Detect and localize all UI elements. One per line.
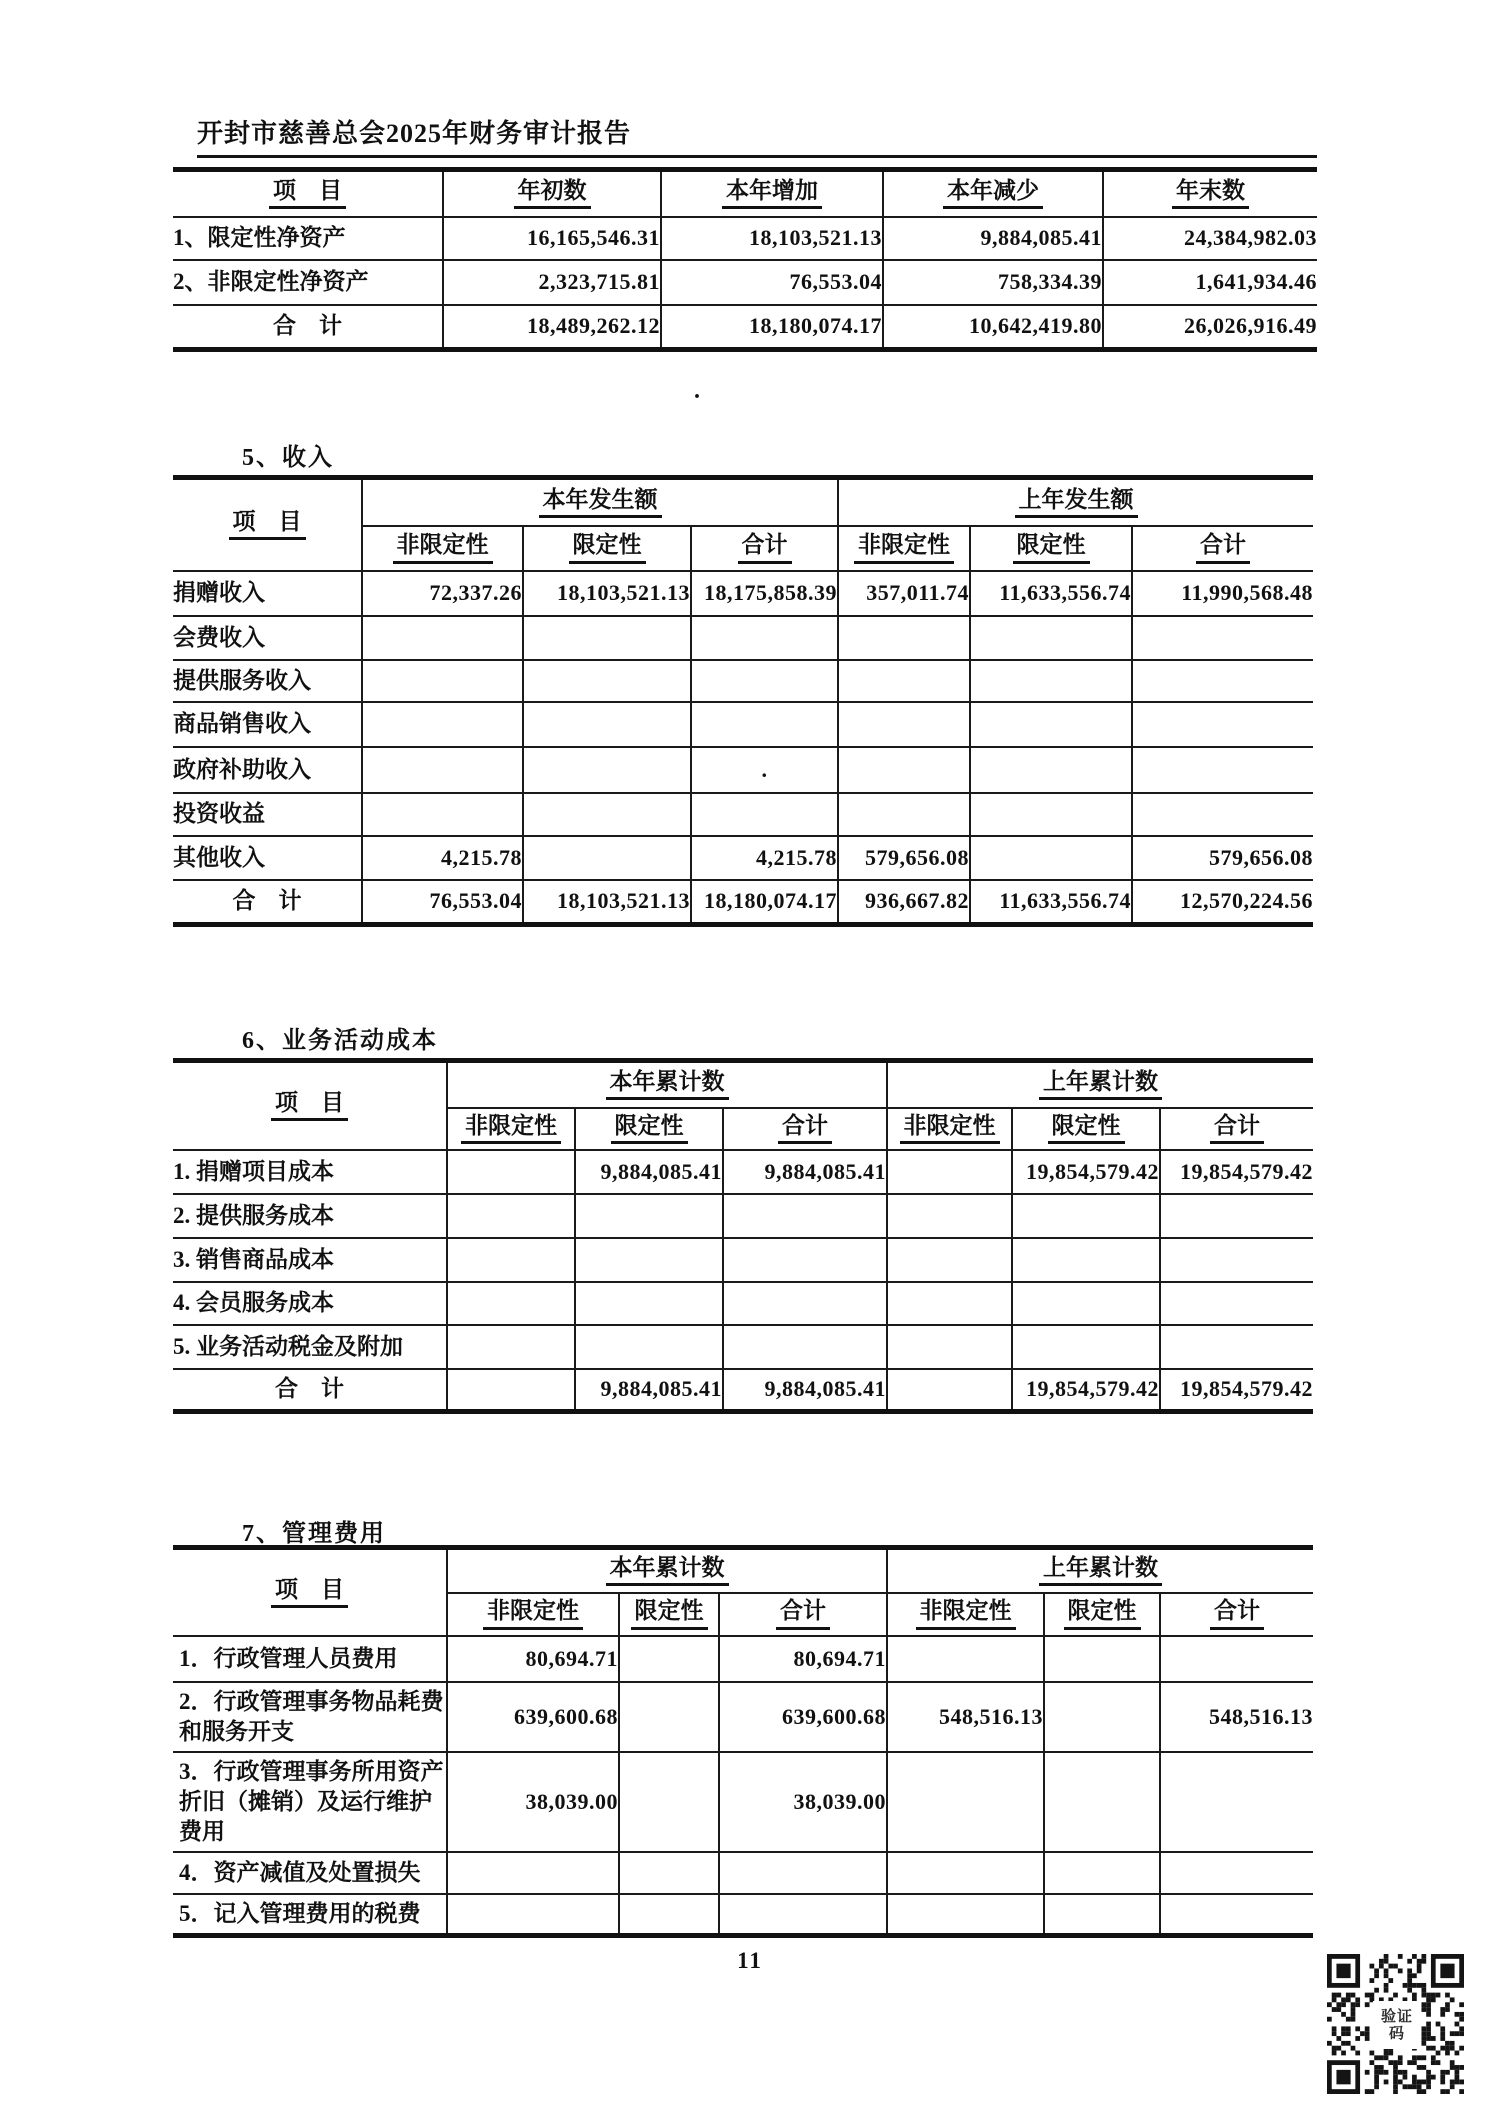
value-cell: [838, 660, 970, 702]
column-header-label: 年末数: [1172, 178, 1249, 209]
value-cell: 9,884,085.41: [883, 217, 1103, 260]
table-row: 2、非限定性净资产 2,323,715.81 76,553.04 758,334…: [173, 260, 1317, 305]
value-cell: [575, 1325, 723, 1369]
column-header-label: 限定性: [1064, 1598, 1141, 1629]
value-cell: [447, 1194, 575, 1238]
value-cell: [523, 793, 691, 836]
row-label-cell: 提供服务收入: [173, 660, 362, 702]
column-header-label: 合计: [738, 532, 792, 563]
group-header-label: 本年累计数: [606, 1555, 729, 1586]
value-cell: [970, 747, 1132, 793]
table-row: 5．记入管理费用的税费: [173, 1894, 1313, 1936]
table-row: 4．资产减值及处置损失: [173, 1852, 1313, 1894]
group-header-prior-year: 上年发生额: [838, 478, 1313, 526]
value-cell: [1160, 1194, 1313, 1238]
value-cell: [838, 747, 970, 793]
value-cell: 19,854,579.42: [1160, 1369, 1313, 1412]
value-cell: 639,600.68: [719, 1682, 887, 1752]
value-cell: [723, 1194, 887, 1238]
value-cell: [523, 836, 691, 880]
column-header: 限定性: [1012, 1108, 1160, 1150]
group-header-label: 上年累计数: [1039, 1555, 1162, 1586]
value-cell: [447, 1150, 575, 1194]
value-cell: 9,884,085.41: [575, 1150, 723, 1194]
table-row: 捐赠收入 72,337.26 18,103,521.13 18,175,858.…: [173, 571, 1313, 616]
group-header-prior-year: 上年累计数: [887, 1061, 1313, 1108]
row-label-cell: 其他收入: [173, 836, 362, 880]
value-cell: [1160, 1282, 1313, 1325]
value-cell: [619, 1682, 719, 1752]
column-header: 限定性: [523, 526, 691, 571]
column-header: 年初数: [443, 170, 661, 217]
column-header: 限定性: [619, 1593, 719, 1636]
group-header-row: 项 目 本年累计数 上年累计数: [173, 1548, 1313, 1593]
value-cell: 76,553.04: [661, 260, 883, 305]
column-header-label: 非限定性: [854, 532, 954, 563]
column-header: 项 目: [173, 170, 443, 217]
row-label-cell: 1. 捐赠项目成本: [173, 1150, 447, 1194]
value-cell: [1044, 1894, 1160, 1936]
column-header-label: 限定性: [1013, 532, 1090, 563]
value-cell: [1160, 1325, 1313, 1369]
value-cell: [719, 1894, 887, 1936]
column-header-label: 项 目: [271, 1577, 348, 1608]
column-header: 非限定性: [887, 1593, 1044, 1636]
value-cell: [970, 616, 1132, 660]
value-cell: 11,990,568.48: [1132, 571, 1313, 616]
column-header: 限定性: [1044, 1593, 1160, 1636]
value-cell: [362, 747, 523, 793]
row-label-cell: 4. 会员服务成本: [173, 1282, 447, 1325]
row-label-cell: 合 计: [173, 880, 362, 925]
value-cell: 12,570,224.56: [1132, 880, 1313, 925]
value-cell: [838, 793, 970, 836]
group-header-label: 上年发生额: [1015, 487, 1138, 518]
value-cell: 10,642,419.80: [883, 305, 1103, 350]
value-cell: [447, 1852, 619, 1894]
column-header: 合计: [1160, 1108, 1313, 1150]
column-header: 非限定性: [362, 526, 523, 571]
value-cell: [887, 1894, 1044, 1936]
item-column-header: 项 目: [173, 478, 362, 571]
scan-artifact-dot: .: [694, 378, 700, 405]
value-cell: [691, 793, 838, 836]
table-row: 提供服务收入: [173, 660, 1313, 702]
value-cell: [1132, 793, 1313, 836]
value-cell: 18,103,521.13: [523, 880, 691, 925]
column-header-label: 合计: [1210, 1598, 1264, 1629]
section-heading-admin: 7、管理费用: [242, 1513, 386, 1548]
value-cell: 4,215.78: [362, 836, 523, 880]
value-cell: [723, 1282, 887, 1325]
value-cell: 38,039.00: [447, 1752, 619, 1852]
table-row: 1. 捐赠项目成本 9,884,085.41 9,884,085.41 19,8…: [173, 1150, 1313, 1194]
value-cell: [523, 616, 691, 660]
column-header-label: 项 目: [271, 1090, 348, 1121]
row-label-cell: 政府补助收入: [173, 747, 362, 793]
value-cell: 18,103,521.13: [523, 571, 691, 616]
row-label-cell: 3．行政管理事务所用资产折旧（摊销）及运行维护费用: [173, 1752, 447, 1852]
total-row: 合 计 9,884,085.41 9,884,085.41 19,854,579…: [173, 1369, 1313, 1412]
column-header: 合计: [723, 1108, 887, 1150]
value-cell: 18,180,074.17: [661, 305, 883, 350]
column-header-label: 合计: [1210, 1113, 1264, 1144]
group-header-prior-year: 上年累计数: [887, 1548, 1313, 1593]
value-cell: [619, 1852, 719, 1894]
table-row: 2. 提供服务成本: [173, 1194, 1313, 1238]
table-row: 1．行政管理人员费用 80,694.71 80,694.71: [173, 1636, 1313, 1682]
value-cell: 9,884,085.41: [723, 1150, 887, 1194]
row-label-cell: 5. 业务活动税金及附加: [173, 1325, 447, 1369]
row-label-cell: 2．行政管理事务物品耗费和服务开支: [173, 1682, 447, 1752]
value-cell: 26,026,916.49: [1103, 305, 1317, 350]
group-header-label: 本年累计数: [606, 1069, 729, 1100]
value-cell: 80,694.71: [719, 1636, 887, 1682]
row-label-cell: 2. 提供服务成本: [173, 1194, 447, 1238]
value-cell: 758,334.39: [883, 260, 1103, 305]
column-header: 本年增加: [661, 170, 883, 217]
value-cell: 24,384,982.03: [1103, 217, 1317, 260]
net-assets-table: 项 目 年初数 本年增加 本年减少 年末数 1、限定性净资产 16,165,54…: [173, 167, 1317, 352]
value-cell: [691, 660, 838, 702]
column-header-label: 非限定性: [461, 1113, 561, 1144]
row-label-cell: 合 计: [173, 1369, 447, 1412]
column-header: 非限定性: [447, 1593, 619, 1636]
value-cell: [447, 1238, 575, 1282]
value-cell: [1160, 1636, 1313, 1682]
value-cell: 4,215.78: [691, 836, 838, 880]
page-number: 11: [0, 1948, 1500, 1974]
value-cell: [1160, 1894, 1313, 1936]
value-cell: 579,656.08: [838, 836, 970, 880]
column-header-label: 合计: [776, 1598, 830, 1629]
value-cell: [970, 702, 1132, 747]
column-header: 合计: [691, 526, 838, 571]
value-cell: 76,553.04: [362, 880, 523, 925]
group-header-label: 本年发生额: [539, 487, 662, 518]
value-cell: 639,600.68: [447, 1682, 619, 1752]
column-header-label: 本年增加: [722, 178, 822, 209]
row-label-cell: 3. 销售商品成本: [173, 1238, 447, 1282]
value-cell: [691, 702, 838, 747]
column-header: 合计: [1132, 526, 1313, 571]
value-cell: [970, 793, 1132, 836]
value-cell: [523, 702, 691, 747]
table-row: 政府补助收入 .: [173, 747, 1313, 793]
value-cell: [723, 1238, 887, 1282]
income-table: 项 目 本年发生额 上年发生额 非限定性 限定性 合计 非限定性 限定性 合计 …: [173, 475, 1313, 927]
document-header: 开封市慈善总会2025年财务审计报告: [197, 113, 1317, 158]
value-cell: [1044, 1682, 1160, 1752]
value-cell: [523, 747, 691, 793]
value-cell: 11,633,556.74: [970, 571, 1132, 616]
column-header: 本年减少: [883, 170, 1103, 217]
value-cell: 548,516.13: [887, 1682, 1044, 1752]
value-cell: [887, 1150, 1012, 1194]
value-cell: [447, 1282, 575, 1325]
column-header: 限定性: [970, 526, 1132, 571]
value-cell: [887, 1282, 1012, 1325]
column-header-label: 限定性: [569, 532, 646, 563]
row-label-cell: 5．记入管理费用的税费: [173, 1894, 447, 1936]
section-heading-income: 5、收入: [242, 437, 334, 472]
value-cell: [575, 1238, 723, 1282]
value-cell: [575, 1194, 723, 1238]
table-row: 3．行政管理事务所用资产折旧（摊销）及运行维护费用 38,039.00 38,0…: [173, 1752, 1313, 1852]
value-cell: [362, 793, 523, 836]
value-cell: [619, 1636, 719, 1682]
column-header-label: 合计: [1196, 532, 1250, 563]
value-cell: [719, 1852, 887, 1894]
column-header-label: 非限定性: [900, 1113, 1000, 1144]
document-page: 开封市慈善总会2025年财务审计报告 项 目 年初数 本年增加 本年减少 年末数…: [0, 0, 1500, 2123]
value-cell: 9,884,085.41: [575, 1369, 723, 1412]
value-cell: [619, 1752, 719, 1852]
value-cell: 80,694.71: [447, 1636, 619, 1682]
value-cell: [575, 1282, 723, 1325]
value-cell: 18,175,858.39: [691, 571, 838, 616]
value-cell: [1160, 1852, 1313, 1894]
column-header-label: 限定性: [631, 1598, 708, 1629]
value-cell: 72,337.26: [362, 571, 523, 616]
value-cell: [838, 616, 970, 660]
column-header: 合计: [719, 1593, 887, 1636]
value-cell: [1044, 1636, 1160, 1682]
value-cell: [1132, 660, 1313, 702]
qr-label-line2: 码: [1389, 2025, 1405, 2042]
total-row: 合 计 18,489,262.12 18,180,074.17 10,642,4…: [173, 305, 1317, 350]
qr-code: 验证 码: [1327, 1954, 1464, 2094]
row-label-cell: 2、非限定性净资产: [173, 260, 443, 305]
item-column-header: 项 目: [173, 1061, 447, 1150]
value-cell: [970, 660, 1132, 702]
value-cell: [447, 1894, 619, 1936]
column-header-label: 限定性: [1048, 1113, 1125, 1144]
section-heading-cost: 6、业务活动成本: [242, 1020, 438, 1055]
value-cell: [362, 616, 523, 660]
group-header-current-year: 本年发生额: [362, 478, 838, 526]
value-cell: [1132, 702, 1313, 747]
row-label-cell: 捐赠收入: [173, 571, 362, 616]
group-header-label: 上年累计数: [1039, 1069, 1162, 1100]
header-row: 项 目 年初数 本年增加 本年减少 年末数: [173, 170, 1317, 217]
row-label-cell: 4．资产减值及处置损失: [173, 1852, 447, 1894]
group-header-current-year: 本年累计数: [447, 1061, 887, 1108]
value-cell: [1160, 1752, 1313, 1852]
value-cell: [887, 1369, 1012, 1412]
value-cell: [691, 616, 838, 660]
value-cell: [362, 702, 523, 747]
column-header-label: 项 目: [269, 178, 346, 209]
value-cell: [1132, 616, 1313, 660]
value-cell: 9,884,085.41: [723, 1369, 887, 1412]
table-row: 4. 会员服务成本: [173, 1282, 1313, 1325]
value-cell: 357,011.74: [838, 571, 970, 616]
column-header-label: 非限定性: [916, 1598, 1016, 1629]
value-cell: [619, 1894, 719, 1936]
doc-title: 开封市慈善总会2025年财务审计报告: [197, 113, 1317, 150]
total-row: 合 计 76,553.04 18,103,521.13 18,180,074.1…: [173, 880, 1313, 925]
value-cell: 19,854,579.42: [1012, 1369, 1160, 1412]
value-cell: 11,633,556.74: [970, 880, 1132, 925]
qr-label-line1: 验证: [1381, 2008, 1413, 2025]
column-header: 合计: [1160, 1593, 1313, 1636]
column-header-label: 项 目: [229, 509, 306, 540]
value-cell: [1012, 1282, 1160, 1325]
value-cell: [1012, 1194, 1160, 1238]
row-label-cell: 投资收益: [173, 793, 362, 836]
column-header: 非限定性: [838, 526, 970, 571]
value-cell: [362, 660, 523, 702]
value-cell: 18,489,262.12: [443, 305, 661, 350]
admin-expense-table: 项 目 本年累计数 上年累计数 非限定性 限定性 合计 非限定性 限定性 合计 …: [173, 1545, 1313, 1938]
value-cell: [1012, 1238, 1160, 1282]
table-row: 会费收入: [173, 616, 1313, 660]
value-cell: [887, 1752, 1044, 1852]
table-row: 商品销售收入: [173, 702, 1313, 747]
column-header-label: 非限定性: [393, 532, 493, 563]
value-cell: [970, 836, 1132, 880]
value-cell: 1,641,934.46: [1103, 260, 1317, 305]
value-cell: 16,165,546.31: [443, 217, 661, 260]
group-header-row: 项 目 本年发生额 上年发生额: [173, 478, 1313, 526]
item-column-header: 项 目: [173, 1548, 447, 1636]
group-header-row: 项 目 本年累计数 上年累计数: [173, 1061, 1313, 1108]
table-row: 其他收入 4,215.78 4,215.78 579,656.08 579,65…: [173, 836, 1313, 880]
value-cell: 548,516.13: [1160, 1682, 1313, 1752]
table-row: 5. 业务活动税金及附加: [173, 1325, 1313, 1369]
value-cell: [1044, 1852, 1160, 1894]
value-cell: 38,039.00: [719, 1752, 887, 1852]
column-header: 限定性: [575, 1108, 723, 1150]
value-cell: [723, 1325, 887, 1369]
value-cell: [887, 1636, 1044, 1682]
value-cell: [838, 702, 970, 747]
table-row: 1、限定性净资产 16,165,546.31 18,103,521.13 9,8…: [173, 217, 1317, 260]
value-cell: [887, 1325, 1012, 1369]
column-header-label: 年初数: [514, 178, 591, 209]
value-cell: .: [691, 747, 838, 793]
value-cell: [1160, 1238, 1313, 1282]
qr-label: 验证 码: [1373, 2001, 1421, 2049]
column-header-label: 本年减少: [943, 178, 1043, 209]
column-header: 非限定性: [887, 1108, 1012, 1150]
value-cell: [523, 660, 691, 702]
value-cell: 579,656.08: [1132, 836, 1313, 880]
value-cell: [887, 1194, 1012, 1238]
value-cell: 936,667.82: [838, 880, 970, 925]
cost-table: 项 目 本年累计数 上年累计数 非限定性 限定性 合计 非限定性 限定性 合计 …: [173, 1058, 1313, 1414]
value-cell: 19,854,579.42: [1160, 1150, 1313, 1194]
table-row: 3. 销售商品成本: [173, 1238, 1313, 1282]
table-row: 2．行政管理事务物品耗费和服务开支 639,600.68 639,600.68 …: [173, 1682, 1313, 1752]
value-cell: [1044, 1752, 1160, 1852]
column-header: 非限定性: [447, 1108, 575, 1150]
column-header-label: 非限定性: [483, 1598, 583, 1629]
row-label-cell: 合 计: [173, 305, 443, 350]
column-header-label: 限定性: [611, 1113, 688, 1144]
value-cell: 18,180,074.17: [691, 880, 838, 925]
value-cell: [1012, 1325, 1160, 1369]
column-header-label: 合计: [778, 1113, 832, 1144]
value-cell: [447, 1325, 575, 1369]
value-cell: [887, 1852, 1044, 1894]
value-cell: [447, 1369, 575, 1412]
value-cell: [1132, 747, 1313, 793]
row-label-cell: 1．行政管理人员费用: [173, 1636, 447, 1682]
group-header-current-year: 本年累计数: [447, 1548, 887, 1593]
value-cell: [887, 1238, 1012, 1282]
column-header: 年末数: [1103, 170, 1317, 217]
value-cell: 2,323,715.81: [443, 260, 661, 305]
value-cell: 19,854,579.42: [1012, 1150, 1160, 1194]
row-label-cell: 会费收入: [173, 616, 362, 660]
row-label-cell: 1、限定性净资产: [173, 217, 443, 260]
row-label-cell: 商品销售收入: [173, 702, 362, 747]
table-row: 投资收益: [173, 793, 1313, 836]
value-cell: 18,103,521.13: [661, 217, 883, 260]
